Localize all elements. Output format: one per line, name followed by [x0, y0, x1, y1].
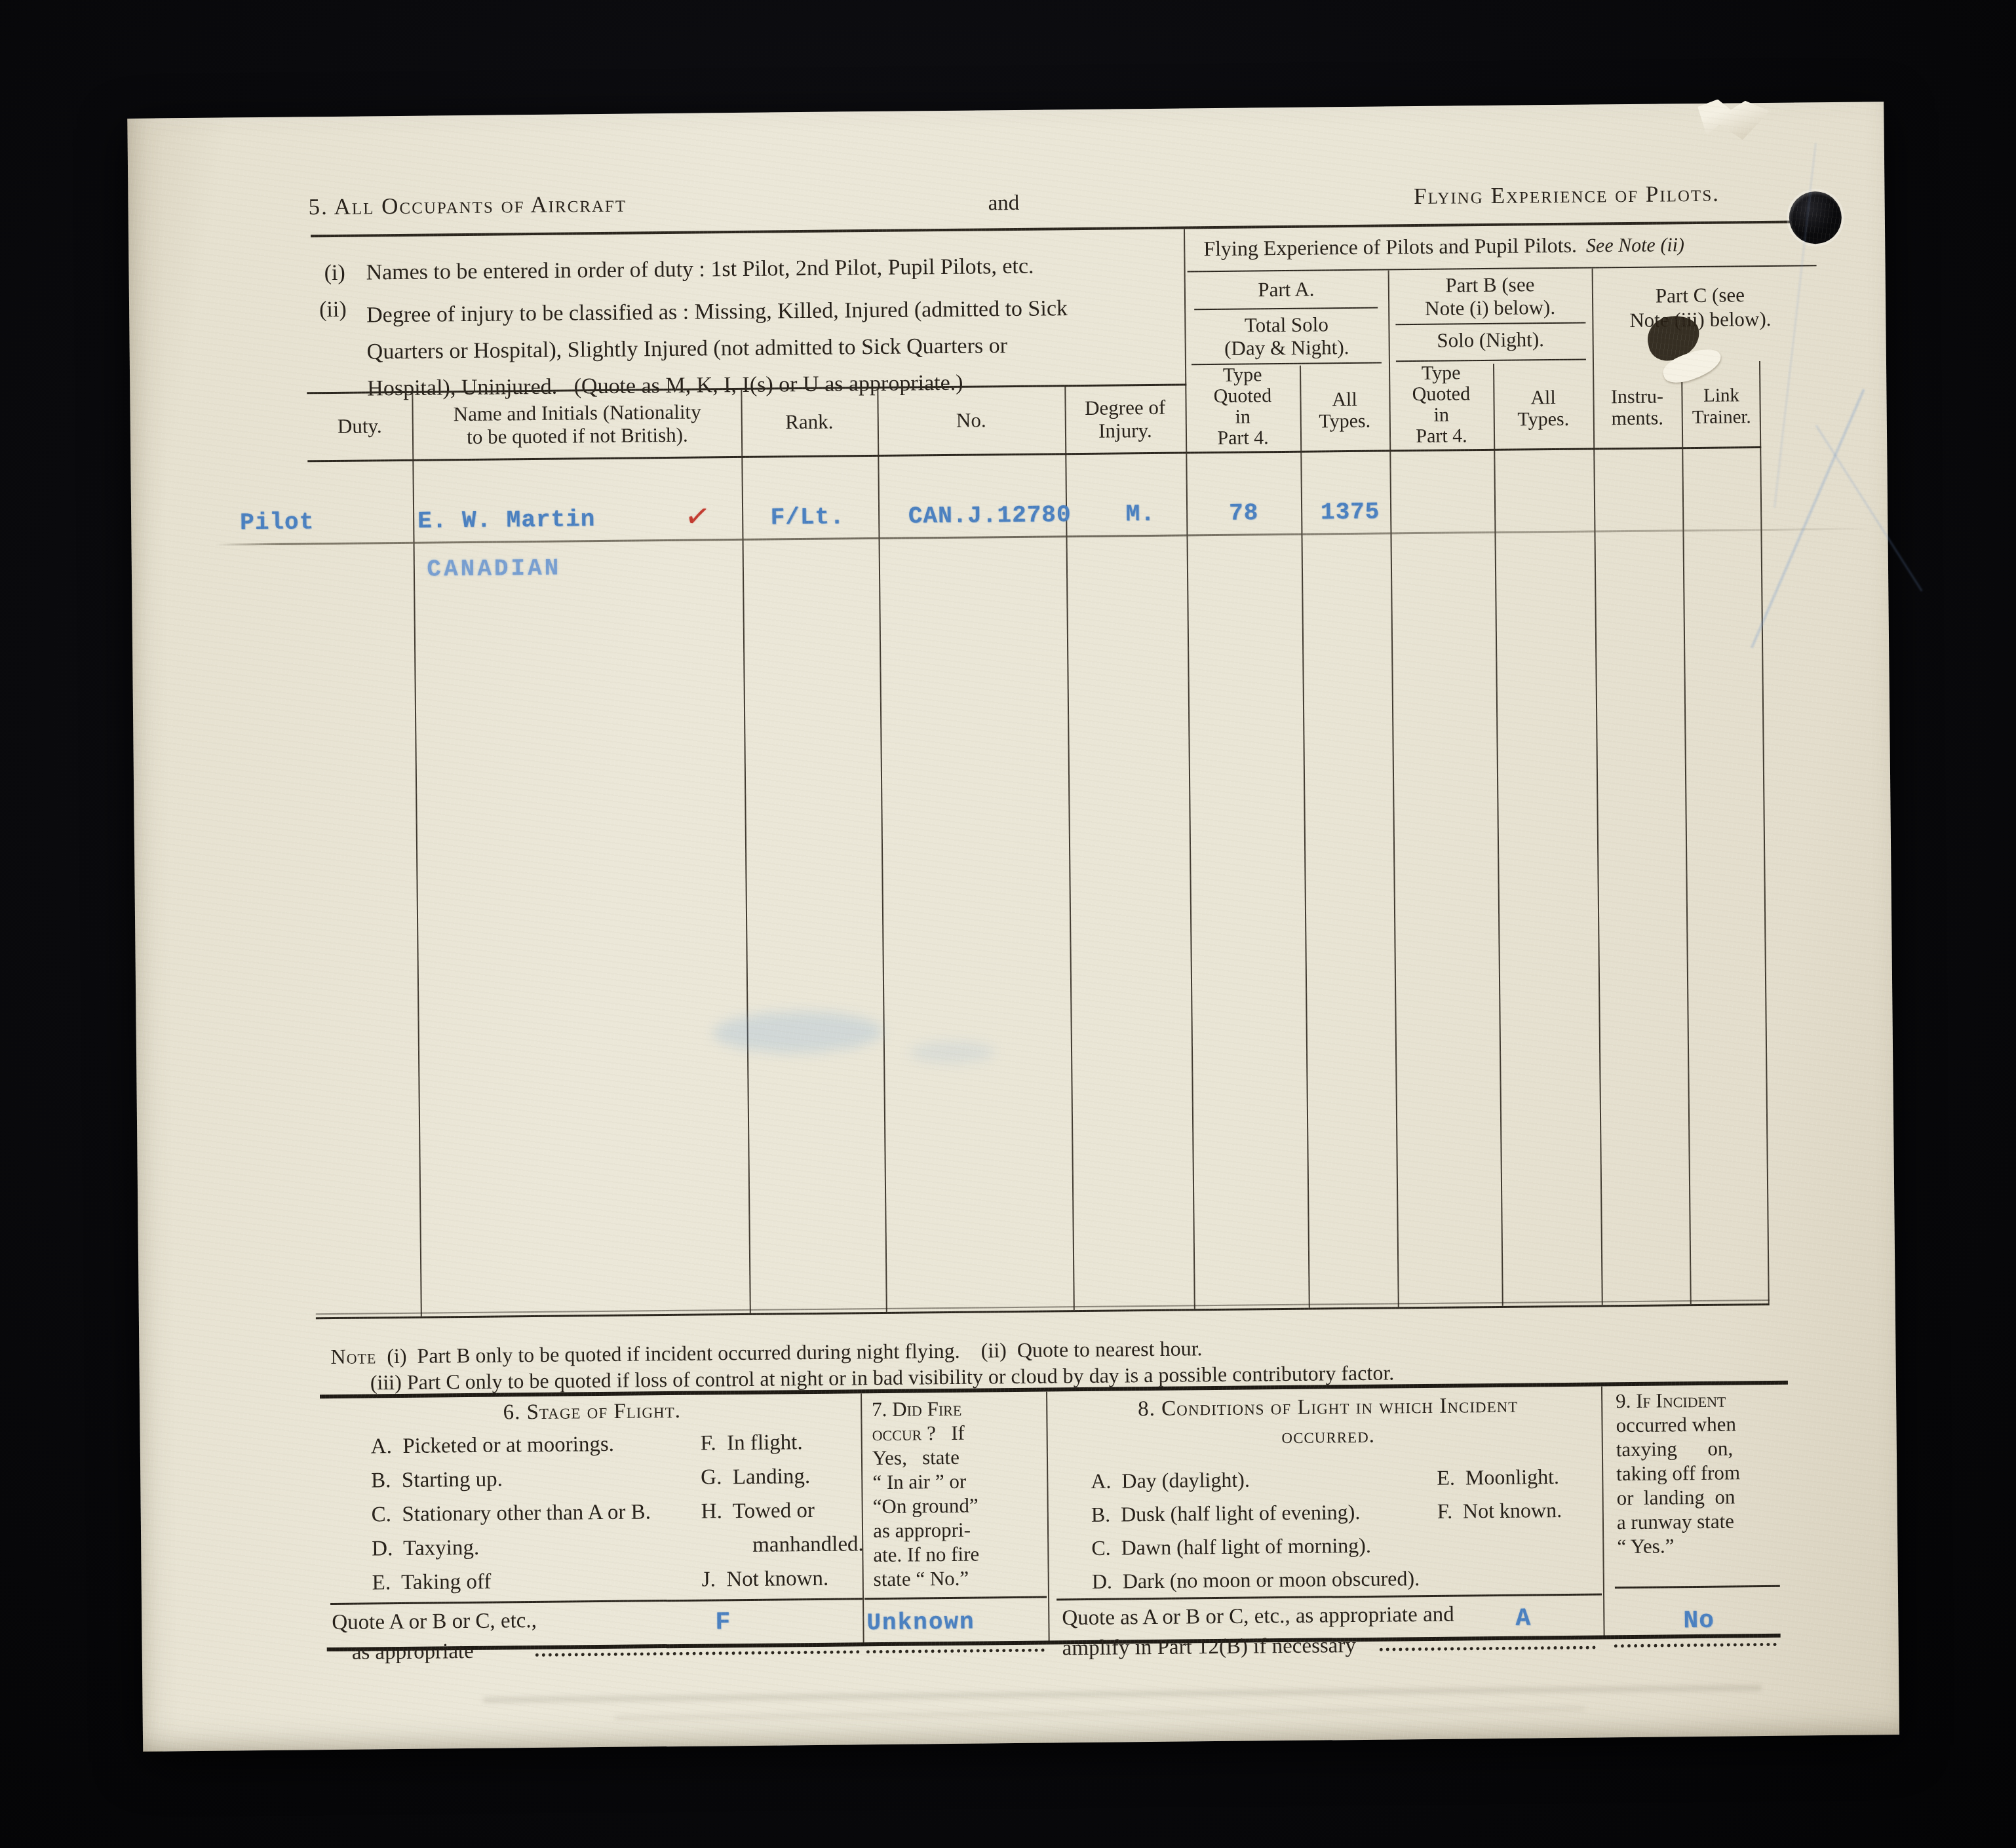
- col-divider: [741, 389, 751, 1313]
- section7-answer: Unknown: [866, 1609, 975, 1637]
- section9-answer: No: [1683, 1607, 1715, 1635]
- table-right-border: [1759, 361, 1770, 1303]
- option-h-cont: manhandled.: [752, 1527, 864, 1562]
- section7-answer-separator: [864, 1596, 1047, 1600]
- section6-prompt-2: as appropriate: [352, 1640, 474, 1665]
- row-rank: F/Lt.: [762, 503, 853, 531]
- bleed-through-text: [483, 1685, 1761, 1703]
- section9-body: occurred when taxying on, taking off fro…: [1616, 1389, 1740, 1558]
- instruction-ii: Degree of injury to be classified as : M…: [366, 289, 1220, 407]
- section6-title: 6. Stage of Flight.: [323, 1397, 861, 1427]
- row-solo-hours-type-part4: 78: [1212, 499, 1275, 527]
- instruction-i-label: (i): [324, 261, 345, 286]
- option-g: G. Landing.: [701, 1459, 863, 1494]
- column-header-type-quoted-part4-b: Type Quoted in Part 4.: [1389, 362, 1494, 448]
- column-header-name: Name and Initials (Nationality to be quo…: [413, 400, 741, 449]
- section6-answer-line: [535, 1650, 860, 1657]
- option-b: B. Dusk (half light of evening).: [1091, 1495, 1420, 1531]
- column-header-degree-of-injury: Degree of Injury.: [1064, 395, 1186, 442]
- section8-answer: A: [1515, 1604, 1531, 1632]
- row-degree-of-injury: M.: [1114, 501, 1167, 528]
- blue-pencil-stroke: [1751, 389, 1865, 648]
- option-j: J. Not known.: [701, 1561, 864, 1596]
- part-b-underline: [1395, 322, 1585, 326]
- option-d: D. Taxying.: [372, 1529, 651, 1566]
- option-e: E. Taking off: [372, 1563, 652, 1600]
- column-header-all-types-b: All Types.: [1493, 386, 1593, 430]
- experience-title-underline: [1188, 265, 1817, 272]
- row-name: E. W. Martin: [393, 506, 619, 535]
- column-header-duty: Duty.: [307, 415, 412, 438]
- section8-answer-line: [1380, 1646, 1596, 1651]
- section9-answer-separator: [1615, 1585, 1780, 1588]
- torn-corner: [1697, 99, 1770, 140]
- section7-answer-line: [866, 1649, 1045, 1654]
- option-a: A. Day (daylight).: [1091, 1461, 1419, 1498]
- column-header-type-quoted-part4-a: Type Quoted in Part 4.: [1185, 364, 1300, 450]
- column-header-link-trainer: Link Trainer.: [1681, 385, 1762, 429]
- ink-bleed-smudge: [712, 1011, 883, 1054]
- red-check-mark: ✓: [683, 497, 712, 535]
- option-c: C. Dawn (half light of morning).: [1091, 1528, 1420, 1565]
- experience-title-row: Flying Experience of Pilots and Pupil Pi…: [1203, 232, 1684, 261]
- option-f: F. Not known.: [1437, 1493, 1562, 1528]
- option-b: B. Starting up.: [371, 1461, 651, 1497]
- row-duty: Pilot: [220, 509, 334, 537]
- section9-title: 9. If Incident: [1616, 1389, 1726, 1413]
- section6-answer: F: [715, 1608, 731, 1636]
- option-f: F. In flight.: [700, 1425, 863, 1460]
- scanned-accident-form: 5. All Occupants of Aircraft and Flying …: [0, 0, 2016, 1848]
- instruction-i: Names to be entered in order of duty : 1…: [366, 254, 1034, 286]
- instruction-ii-label: (ii): [319, 298, 347, 322]
- option-e: E. Moonlight.: [1437, 1460, 1562, 1495]
- part-a-subtitle: Total Solo (Day & Night).: [1184, 312, 1389, 360]
- section7-text: 7. Did Fire occur ? If Yes, state “ In a…: [872, 1396, 1044, 1591]
- option-c: C. Stationary other than A or B.: [372, 1495, 651, 1531]
- col-divider: [1681, 362, 1692, 1304]
- col-divider: [877, 388, 887, 1312]
- part-a-underline: [1194, 307, 1378, 311]
- column-header-no: No.: [878, 408, 1065, 432]
- blue-pencil-stroke: [1815, 425, 1923, 591]
- experience-title: Flying Experience of Pilots and Pupil Pi…: [1203, 233, 1577, 260]
- section8-prompt-2: amplify in Part 12(B) if necessary: [1062, 1634, 1356, 1661]
- row-service-number: CAN.J.12780: [891, 501, 1088, 530]
- experience-see-note: See Note (ii): [1586, 234, 1684, 256]
- row-nationality: CANADIAN: [399, 554, 589, 583]
- col-divider: [1493, 364, 1503, 1306]
- part-b-subtitle: Solo (Night).: [1388, 327, 1592, 353]
- section8-options-right: E. Moonlight. F. Not known.: [1437, 1460, 1562, 1528]
- part-b-label: Part B (see Note (i) below).: [1388, 272, 1593, 320]
- column-header-all-types-a: All Types.: [1300, 388, 1389, 432]
- note-label: Note: [330, 1344, 376, 1368]
- table-header-bottom-rule: [307, 446, 1761, 462]
- option-d: D. Dark (no moon or moon obscured).: [1092, 1562, 1420, 1598]
- column-header-rank: Rank.: [741, 410, 878, 433]
- part-a-label: Part A.: [1184, 277, 1388, 302]
- section8-options-left: A. Day (daylight). B. Dusk (half light o…: [1091, 1461, 1420, 1598]
- option-h: H. Towed or: [701, 1493, 863, 1528]
- section9-text: 9. If Incident occurred when taxying on,…: [1616, 1387, 1784, 1558]
- option-a: A. Picketed or at moorings.: [371, 1427, 651, 1463]
- section7-body: If Yes, state “ In air ” or “On ground” …: [872, 1421, 980, 1590]
- page-header-right: Flying Experience of Pilots.: [1301, 180, 1832, 211]
- part-b-sub-underline: [1396, 359, 1586, 362]
- section8-title: 8. Conditions of Light in which Incident…: [1055, 1390, 1602, 1453]
- section6-options-right: F. In flight. G. Landing. H. Towed or ma…: [700, 1425, 864, 1596]
- column-header-instruments: Instru- ments.: [1593, 385, 1682, 429]
- section9-answer-line: [1614, 1643, 1777, 1647]
- section6-prompt-1: Quote A or B or C, etc.,: [332, 1609, 537, 1635]
- section-7-8-divider: [1046, 1392, 1050, 1644]
- bleed-through-text: [615, 1706, 1585, 1720]
- part-c-label: Part C (see Note (iii) below).: [1592, 282, 1809, 332]
- paper: 5. All Occupants of Aircraft and Flying …: [127, 102, 1899, 1752]
- conjunction-and: and: [988, 191, 1019, 216]
- section8-prompt-1: Quote as A or B or C, etc., as appropria…: [1062, 1603, 1454, 1631]
- ink-bleed-smudge: [910, 1041, 995, 1064]
- row-solo-hours-all-types: 1375: [1308, 498, 1393, 526]
- page-header-left: 5. All Occupants of Aircraft: [308, 191, 627, 221]
- section6-options-left: A. Picketed or at moorings. B. Starting …: [371, 1427, 652, 1600]
- section-8-9-divider: [1601, 1386, 1605, 1638]
- punch-hole: [1789, 191, 1842, 244]
